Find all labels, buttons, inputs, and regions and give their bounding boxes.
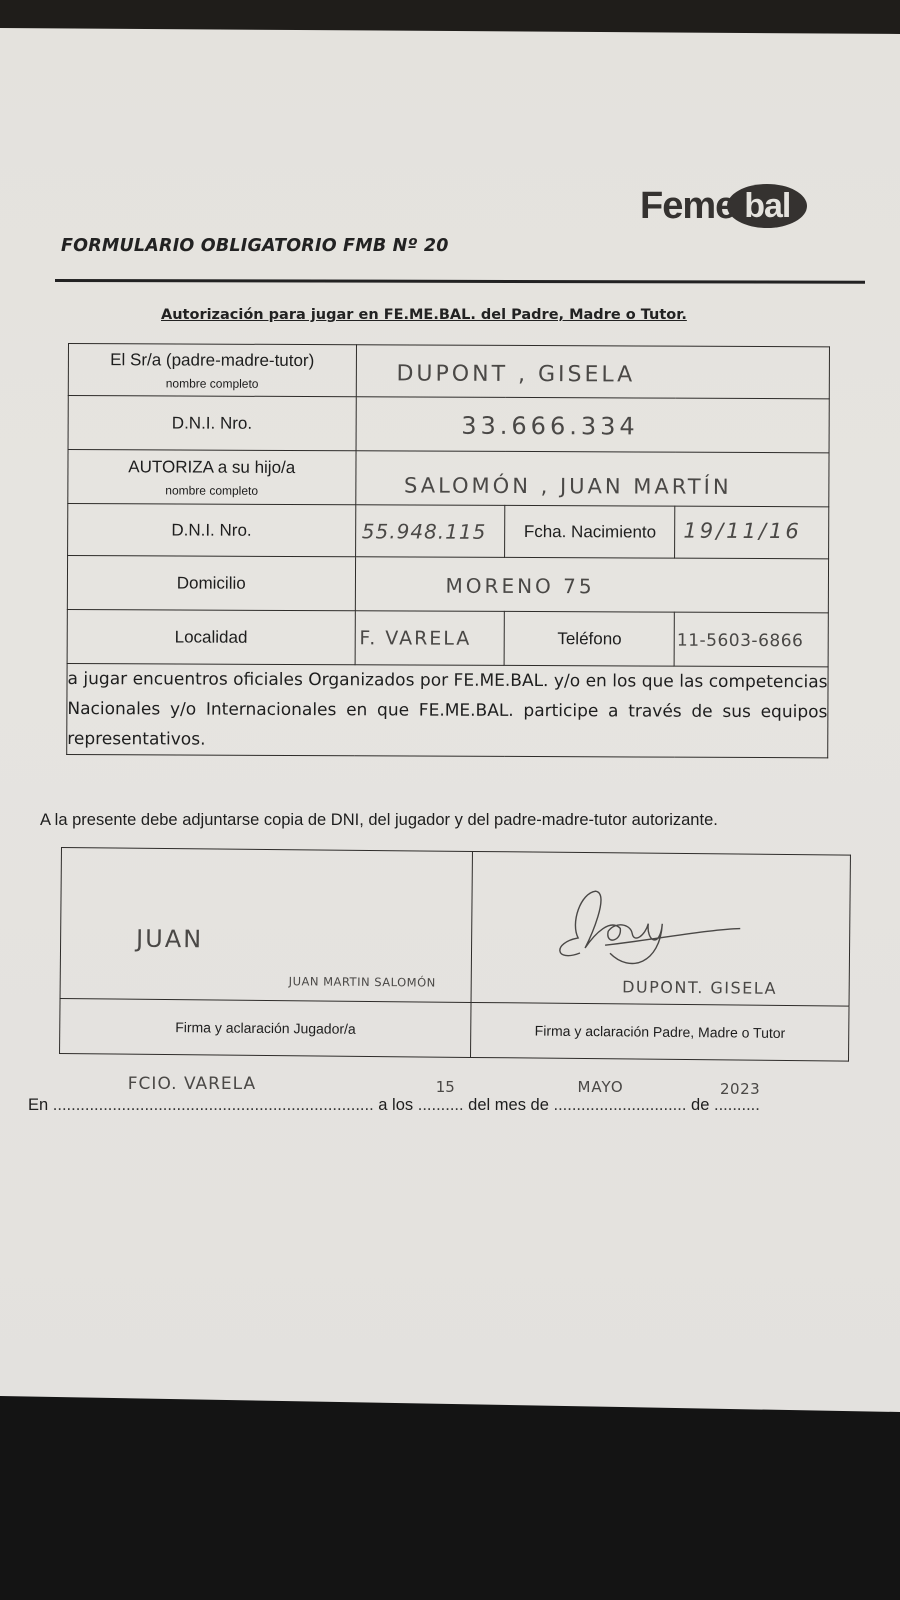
form-subtitle: Autorización para jugar en FE.ME.BAL. de… bbox=[161, 307, 687, 323]
femebal-logo: Feme bal bbox=[640, 183, 807, 229]
child-name-row: AUTORIZA a su hijo/a nombre completo SAL… bbox=[68, 450, 829, 507]
month-field[interactable]: .............................MAYO bbox=[553, 1096, 686, 1114]
city-row: Localidad F. VARELA Teléfono 11-5603-686… bbox=[67, 609, 828, 666]
parent-label: El Sr/a (padre-madre-tutor) bbox=[110, 350, 314, 370]
year-field[interactable]: ..........2023 bbox=[714, 1096, 760, 1114]
day-value: 15 bbox=[436, 1078, 455, 1096]
child-dni-field[interactable]: 55.948.115 bbox=[355, 505, 505, 558]
del-mes-de-label: del mes de bbox=[468, 1096, 549, 1114]
de-label: de bbox=[691, 1096, 709, 1114]
authorization-table: El Sr/a (padre-madre-tutor) nombre compl… bbox=[66, 343, 830, 758]
month-value: MAYO bbox=[577, 1078, 623, 1096]
parent-name-value: DUPONT , GISELA bbox=[396, 361, 635, 387]
child-label-cell: AUTORIZA a su hijo/a nombre completo bbox=[68, 450, 356, 505]
parent-signature-label: Firma y aclaración Padre, Madre o Tutor bbox=[471, 1002, 849, 1061]
phone-value: 11-5603-6866 bbox=[677, 631, 804, 652]
parent-signature-scribble-icon bbox=[550, 883, 751, 975]
attachment-note: A la presente debe adjuntarse copia de D… bbox=[40, 811, 718, 830]
player-clarification: JUAN MARTIN SALOMÓN bbox=[289, 974, 436, 989]
birth-date-value: 19/11/16 bbox=[683, 519, 801, 544]
date-prefix: En bbox=[28, 1096, 48, 1114]
city-field[interactable]: F. VARELA bbox=[355, 611, 505, 666]
address-label: Domicilio bbox=[67, 556, 355, 611]
place-value: FCIO. VARELA bbox=[128, 1074, 256, 1094]
phone-label: Teléfono bbox=[504, 611, 674, 666]
address-field[interactable]: MORENO 75 bbox=[355, 557, 829, 613]
parent-label-cell: El Sr/a (padre-madre-tutor) nombre compl… bbox=[68, 344, 356, 397]
signature-table: JUAN JUAN MARTIN SALOMÓN DUPONT. GISELA … bbox=[59, 847, 851, 1062]
child-dni-label: D.N.I. Nro. bbox=[68, 504, 356, 557]
phone-field[interactable]: 11-5603-6866 bbox=[674, 612, 828, 667]
birth-date-label: Fcha. Nacimiento bbox=[505, 505, 675, 558]
parent-name-field[interactable]: DUPONT , GISELA bbox=[356, 345, 830, 399]
paragraph-row: a jugar encuentros oficiales Organizados… bbox=[67, 663, 828, 757]
child-name-value: SALOMÓN , JUAN MARTÍN bbox=[404, 473, 732, 498]
birth-date-field[interactable]: 19/11/16 bbox=[675, 506, 829, 559]
parent-name-row: El Sr/a (padre-madre-tutor) nombre compl… bbox=[68, 344, 829, 399]
parent-signature-field[interactable]: DUPONT. GISELA bbox=[471, 851, 850, 1006]
day-field[interactable]: ..........15 bbox=[418, 1096, 464, 1114]
authorization-paragraph: a jugar encuentros oficiales Organizados… bbox=[67, 663, 828, 757]
a-los-label: a los bbox=[378, 1096, 413, 1114]
player-signature: JUAN bbox=[136, 925, 203, 954]
child-sublabel: nombre completo bbox=[68, 483, 355, 498]
parent-dni-row: D.N.I. Nro. 33.666.334 bbox=[68, 396, 829, 453]
year-value: 2023 bbox=[720, 1080, 760, 1098]
player-signature-label: Firma y aclaración Jugador/a bbox=[60, 998, 472, 1057]
child-dni-value: 55.948.115 bbox=[362, 519, 487, 544]
parent-dni-field[interactable]: 33.666.334 bbox=[356, 397, 830, 453]
address-value: MORENO 75 bbox=[446, 574, 595, 599]
child-dni-row: D.N.I. Nro. 55.948.115 Fcha. Nacimiento … bbox=[68, 504, 829, 559]
form-title: FORMULARIO OBLIGATORIO FMB Nº 20 bbox=[61, 236, 449, 256]
city-label: Localidad bbox=[67, 609, 355, 664]
logo-text: Feme bbox=[640, 185, 735, 228]
parent-dni-value: 33.666.334 bbox=[461, 412, 639, 441]
parent-sublabel: nombre completo bbox=[69, 376, 356, 391]
logo-ball-icon: bal bbox=[727, 184, 807, 228]
player-signature-field[interactable]: JUAN JUAN MARTIN SALOMÓN bbox=[60, 848, 473, 1003]
child-label: AUTORIZA a su hijo/a bbox=[128, 457, 295, 477]
parent-dni-label: D.N.I. Nro. bbox=[68, 396, 356, 451]
date-line: En .....................................… bbox=[28, 1096, 760, 1115]
dark-background-bottom bbox=[0, 1390, 900, 1600]
address-row: Domicilio MORENO 75 bbox=[67, 556, 828, 613]
parent-clarification: DUPONT. GISELA bbox=[622, 977, 777, 997]
child-name-field[interactable]: SALOMÓN , JUAN MARTÍN bbox=[355, 451, 829, 507]
place-field[interactable]: ........................................… bbox=[53, 1096, 374, 1114]
city-value: F. VARELA bbox=[359, 627, 471, 649]
